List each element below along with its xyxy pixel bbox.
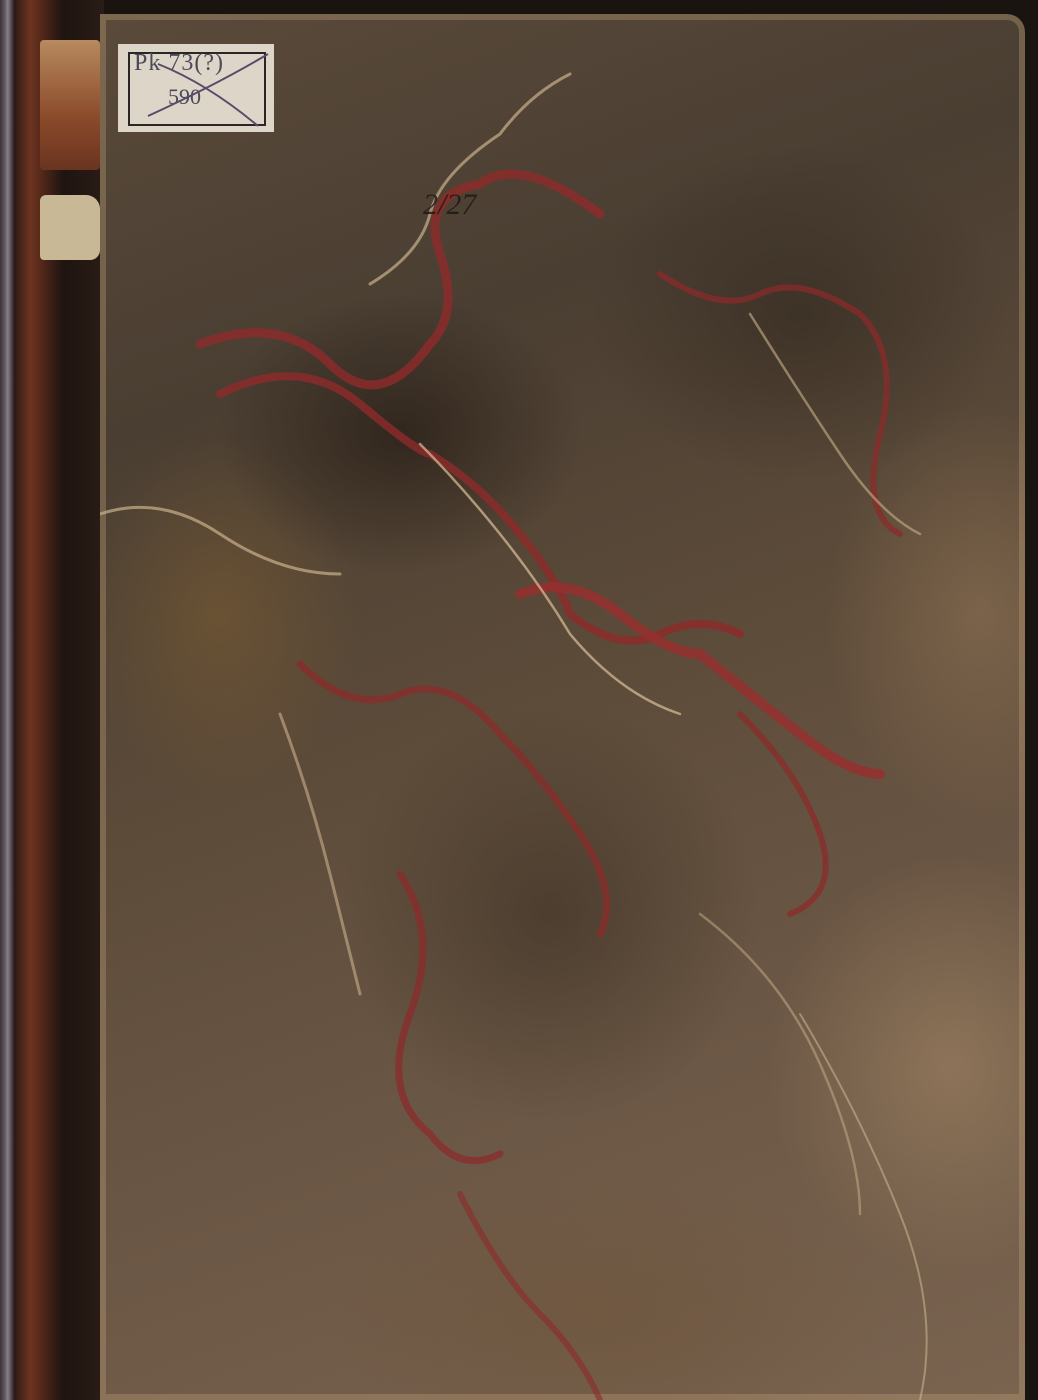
library-label: Pk 73(?) 590	[118, 44, 274, 132]
handwritten-shelfmark: 2/27	[423, 188, 476, 222]
marble-veins	[100, 14, 1025, 1400]
cross-out-mark	[118, 44, 274, 132]
book-spine-edge	[0, 0, 14, 1400]
spine-worn-patch	[40, 195, 100, 260]
spine-worn-patch-top	[40, 40, 100, 170]
